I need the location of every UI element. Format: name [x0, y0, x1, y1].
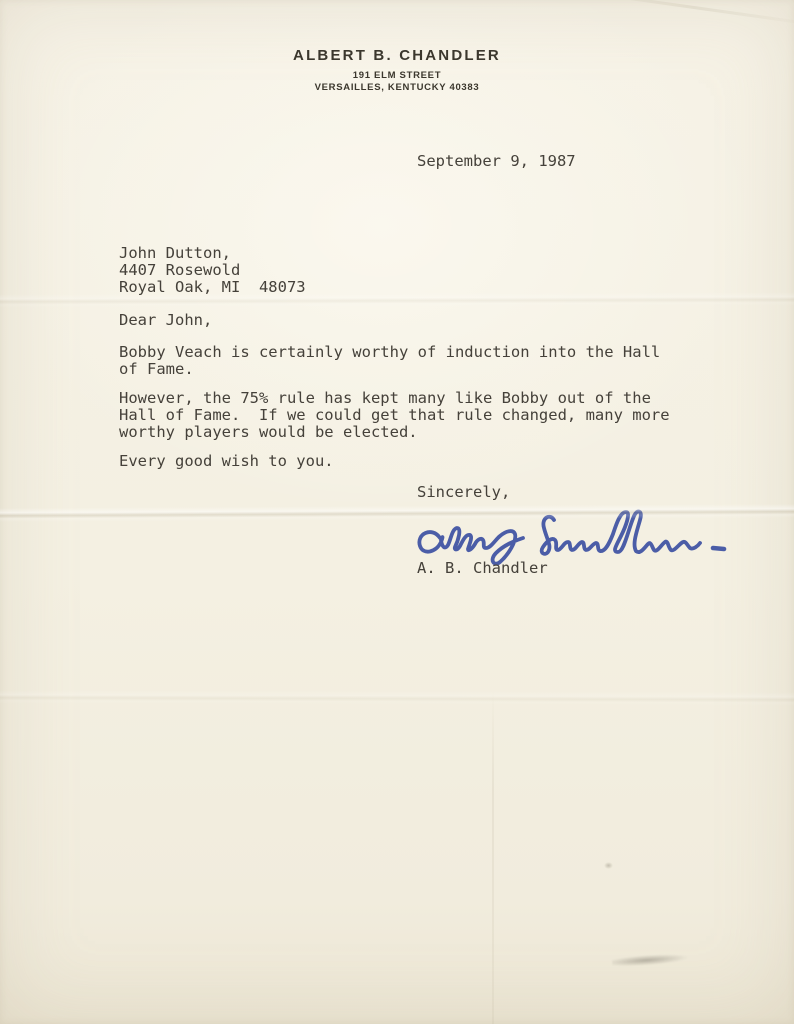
closing: Sincerely,	[417, 484, 510, 501]
paper-speck	[604, 862, 613, 869]
letterhead-name: ALBERT B. CHANDLER	[0, 47, 794, 65]
vertical-crease	[492, 690, 494, 1024]
body-paragraph: However, the 75% rule has kept many like…	[119, 390, 670, 441]
pencil-smudge	[612, 952, 689, 967]
letter-page: ALBERT B. CHANDLER 191 ELM STREET VERSAI…	[0, 0, 794, 1024]
letterhead-street: 191 ELM STREET	[0, 70, 794, 82]
fold-crease-lower	[0, 690, 794, 706]
body-paragraph: Every good wish to you.	[119, 453, 334, 470]
signature-end-dash	[713, 548, 724, 549]
typed-signature-name: A. B. Chandler	[417, 560, 548, 577]
signature-last-name-stroke	[542, 511, 700, 553]
letterhead-city-state-zip: VERSAILLES, KENTUCKY 40383	[0, 82, 794, 94]
recipient-address: John Dutton, 4407 Rosewold Royal Oak, MI…	[119, 245, 306, 296]
body-paragraph: Bobby Veach is certainly worthy of induc…	[119, 344, 660, 378]
top-edge-wrinkle	[565, 0, 794, 27]
letterhead: ALBERT B. CHANDLER 191 ELM STREET VERSAI…	[0, 47, 794, 94]
letter-date: September 9, 1987	[417, 153, 576, 170]
salutation: Dear John,	[119, 312, 212, 329]
